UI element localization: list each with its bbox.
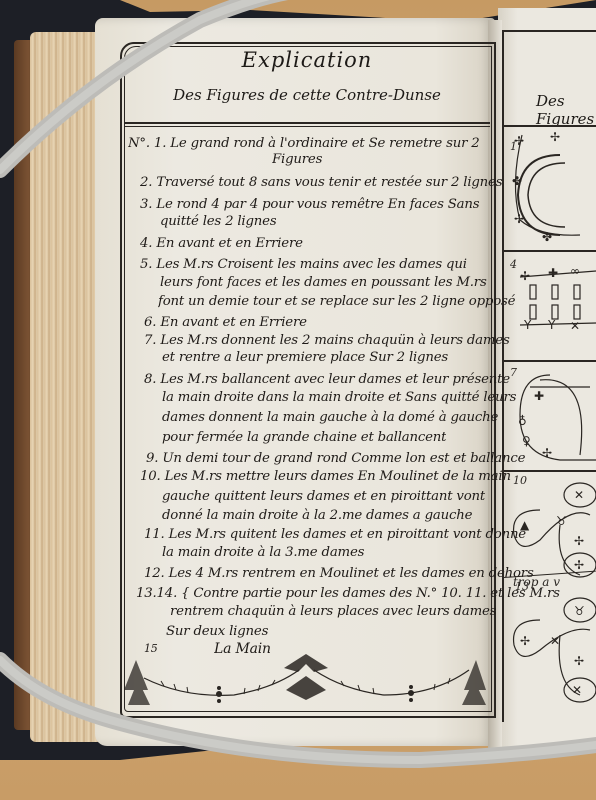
svg-text:✢: ✢ [514,212,524,226]
line-16: pour fermée la grande chaine et ballance… [162,430,446,445]
line-20: donné la main droite à la 2.me dames a g… [162,508,472,523]
svg-text:✢: ✢ [574,558,584,572]
line-13: 8. Les M.rs ballancent avec leur dames e… [144,372,510,387]
line-11: 7. Les M.rs donnent les 2 mains chaquün … [144,333,510,348]
svg-text:✢: ✢ [520,269,530,283]
line-17: 9. Un demi tour de grand rond Comme lon … [146,451,525,466]
svg-text:✕: ✕ [550,634,560,648]
line-14: la main droite dans la main droite et Sa… [162,390,516,405]
svg-text:✕: ✕ [574,488,584,502]
line-23: 12. Les 4 M.rs rentrem en Moulinet et le… [144,566,534,581]
line-26: Sur deux lignes [166,624,268,639]
line-8: leurs font faces et les dames en poussan… [160,275,487,290]
line-15: dames donnent la main gauche à la domé à… [162,410,498,425]
svg-text:♁: ♁ [518,414,527,428]
svg-text:Y: Y [523,318,532,332]
svg-text:✚: ✚ [534,389,544,403]
line-6: 4. En avant et en Erriere [140,236,303,251]
line-3: 2. Traversé tout 8 sans vous tenir et re… [140,175,502,190]
svg-text:♀: ♀ [522,434,531,448]
svg-text:✢: ✢ [574,534,584,548]
svg-text:✢: ✢ [542,446,552,460]
page-title: Explication [124,48,490,72]
line-7: 5. Les M.rs Croisent les mains avec les … [140,257,467,272]
svg-text:✢: ✢ [514,134,524,148]
svg-text:✕: ✕ [570,319,580,333]
line-4: 3. Le rond 4 par 4 pour vous remêtre En … [140,197,479,212]
line-2: Figures [272,152,322,167]
svg-text:✚: ✚ [548,266,558,280]
page-subtitle: Des Figures de cette Contre-Dunse [124,86,490,104]
line-1: N°. 1. Le grand rond à l'ordinaire et Se… [128,136,480,151]
line-25: rentrem chaquün à leurs places avec leur… [170,604,496,619]
line-22: la main droite à la 3.me dames [162,545,364,560]
svg-text:∞: ∞ [570,264,580,278]
svg-text:Y: Y [547,318,556,332]
line-21: 11. Les M.rs quitent les dames et en pir… [144,527,526,542]
svg-text:✢: ✢ [574,654,584,668]
svg-text:♉: ♉ [574,604,585,618]
svg-text:✢: ✢ [550,130,560,144]
line-5: quitté les 2 lignes [160,214,276,229]
svg-text:✢: ✢ [520,634,530,648]
svg-text:▲: ▲ [520,518,530,532]
svg-text:✕: ✕ [572,683,582,697]
line-19: gauche quittent leurs dames et en piroit… [162,489,485,504]
dance-figure-diagrams: ✢✢✤ ✢✤ ✢✚∞ YY✕ ✚♁♀✢ ✕▲♉✢✢ ♉✢✕✢✕ [500,125,596,725]
svg-text:✤: ✤ [542,230,552,244]
svg-text:♉: ♉ [556,514,567,528]
svg-text:✤: ✤ [512,174,522,188]
line-9: font un demie tour et se replace sur les… [158,294,515,309]
line-12: et rentre a leur premiere place Sur 2 li… [162,350,448,365]
line-18: 10. Les M.rs mettre leurs dames En Mouli… [140,469,511,484]
line-24: 13.14. { Contre partie pour les dames de… [136,586,560,601]
figures-heading: Des Figures [536,92,596,128]
line-10: 6. En avant et en Erriere [144,315,307,330]
floral-garland-ornament [124,650,490,710]
